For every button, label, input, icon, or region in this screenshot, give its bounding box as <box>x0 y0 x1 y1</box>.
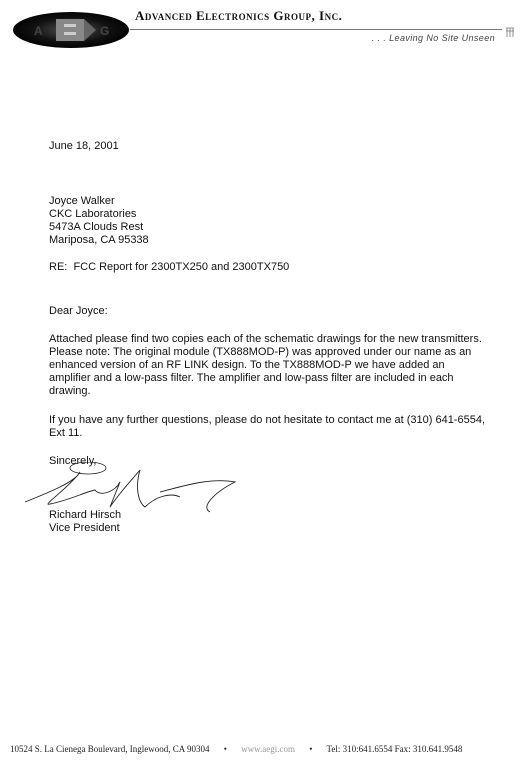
body-paragraph-1: Attached please find two copies each of … <box>49 333 489 398</box>
svg-text:A: A <box>34 24 43 38</box>
footer-separator: • <box>224 744 227 754</box>
footer-contact: Tel: 310:641.6554 Fax: 310.641.9548 <box>327 744 463 754</box>
tagline: . . . Leaving No Site Unseen <box>372 33 495 43</box>
recipient-company: CKC Laboratories <box>49 208 136 221</box>
company-name: Advanced Electronics Group, Inc. <box>135 8 342 24</box>
signer-name: Richard Hirsch <box>49 509 121 522</box>
salutation: Dear Joyce: <box>49 305 108 318</box>
letterhead-rule <box>130 29 502 30</box>
footer-website[interactable]: www.aegi.com <box>241 744 295 754</box>
letter-date: June 18, 2001 <box>49 140 119 153</box>
recipient-street: 5473A Clouds Rest <box>49 221 143 234</box>
company-logo: A G <box>12 10 130 50</box>
recipient-name: Joyce Walker <box>49 195 115 208</box>
subject-line: RE: FCC Report for 2300TX250 and 2300TX7… <box>49 261 289 274</box>
body-paragraph-2: If you have any further questions, pleas… <box>49 414 489 440</box>
footer-address: 10524 S. La Cienega Boulevard, Inglewood… <box>10 744 209 754</box>
recipient-city: Mariposa, CA 95338 <box>49 234 149 247</box>
antenna-icon <box>505 26 515 40</box>
svg-text:G: G <box>100 24 109 38</box>
footer: 10524 S. La Cienega Boulevard, Inglewood… <box>10 744 462 754</box>
signer-title: Vice President <box>49 522 120 535</box>
footer-separator: • <box>309 744 312 754</box>
